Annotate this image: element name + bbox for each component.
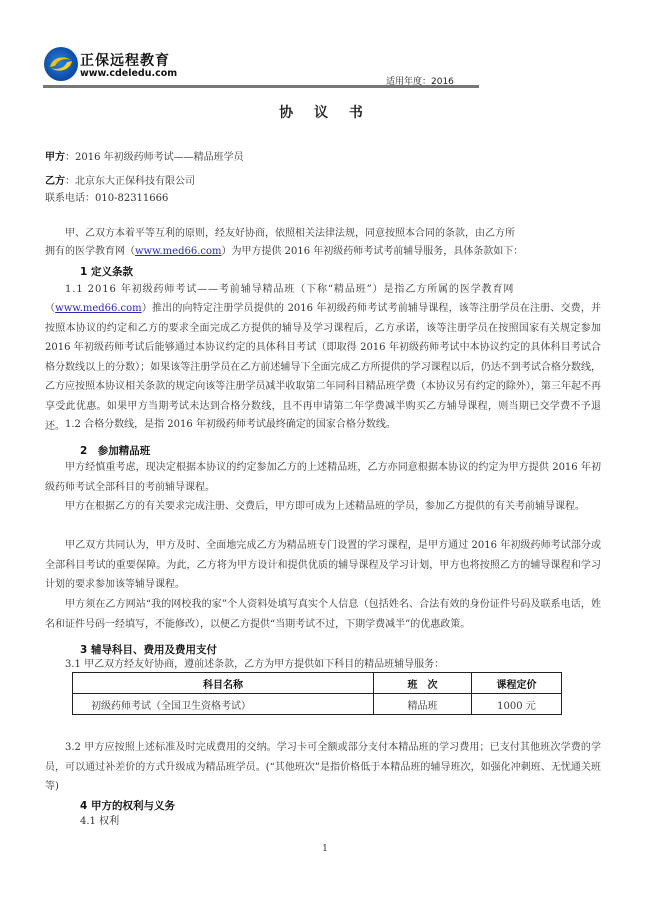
cell-class: 精品班	[374, 694, 472, 715]
brand-url[interactable]: www.cdeledu.com	[80, 68, 177, 79]
intro-line-2: 拥有的医学教育网（www.med66.com）为甲方提供 2016 年初级药师考…	[45, 242, 601, 262]
fee-table: 科目名称 班 次 课程定价 初级药师考试（全国卫生资格考试） 精品班 1000 …	[72, 672, 562, 715]
section-2-para-4: 甲方须在乙方网站“我的网校我的家”个人资料处填写真实个人信息（包括姓名、合法有效…	[45, 595, 601, 634]
fee-table-header: 科目名称 班 次 课程定价	[73, 673, 562, 694]
party-a: 甲方：2016 年初级药师考试——精品班学员	[45, 148, 601, 168]
party-a-label: 甲方	[45, 152, 65, 163]
intro-line-1: 甲、乙双方本着平等互利的原则，经友好协商，依照相关法律法规，同意按照本合同的条款…	[65, 224, 621, 244]
section-2-para-3: 甲乙双方共同认为，甲方及时、全面地完成乙方为精品班专门设置的学习课程，是甲方通过…	[45, 536, 601, 595]
document-title: 协 议 书	[0, 102, 650, 122]
party-b-label: 乙方	[45, 176, 65, 187]
header-subject: 科目名称	[73, 673, 374, 694]
section-1-heading: 1 定义条款	[80, 264, 133, 279]
section-3-2: 3.2 甲方应按照上述标准及时完成费用的交纳。学习卡可全额或部分支付本精品班的学…	[45, 738, 601, 797]
section-1-2: 1.2 合格分数线，是指 2016 年初级药师考试最终确定的国家合格分数线。	[65, 415, 621, 435]
section-4-heading: 4 甲方的权利与义务	[80, 798, 175, 813]
header-class: 班 次	[374, 673, 472, 694]
cell-subject: 初级药师考试（全国卫生资格考试）	[73, 694, 374, 715]
intro-text-pre: 拥有的医学教育网（	[45, 246, 135, 257]
party-b-value: ：北京东大正保科技有限公司	[65, 176, 195, 187]
med66-link[interactable]: www.med66.com	[135, 246, 221, 257]
contact-phone: 联系电话：010-82311666	[45, 189, 601, 209]
section-2-para-2: 甲方在根据乙方的有关要求完成注册、交费后，甲方即可成为上述精品班的学员，参加乙方…	[45, 497, 601, 517]
logo-swirl-icon	[44, 47, 78, 81]
brand-name: 正保远程教育	[80, 50, 170, 70]
header-divider	[43, 85, 479, 88]
cell-price: 1000 元	[472, 694, 562, 715]
section-2-heading: 2 参加精品班	[80, 443, 150, 458]
header-price: 课程定价	[472, 673, 562, 694]
intro-text-post: ）为甲方提供 2016 年初级药师考试考前辅导服务，具体条款如下：	[221, 246, 523, 257]
company-logo	[44, 47, 78, 81]
section-1-1-rest: 推出的向特定注册学员提供的 2016 年初级药师考试考前辅导课程，该等注册学员在…	[45, 303, 601, 432]
section-1-1-line-1: 1.1 2016 年初级药师考试——考前辅导精品班（下称“精品班”）是指乙方所属…	[65, 280, 621, 300]
med66-link-2[interactable]: www.med66.com	[55, 303, 141, 314]
party-a-value: ：2016 年初级药师考试——精品班学员	[65, 152, 244, 163]
page-number: 1	[0, 844, 650, 854]
section-2-para-1: 甲方经慎重考虑，现决定根据本协议的约定参加乙方的上述精品班，乙方亦同意根据本协议…	[45, 458, 601, 497]
section-4-1: 4.1 权利	[80, 812, 636, 832]
table-row: 初级药师考试（全国卫生资格考试） 精品班 1000 元	[73, 694, 562, 715]
